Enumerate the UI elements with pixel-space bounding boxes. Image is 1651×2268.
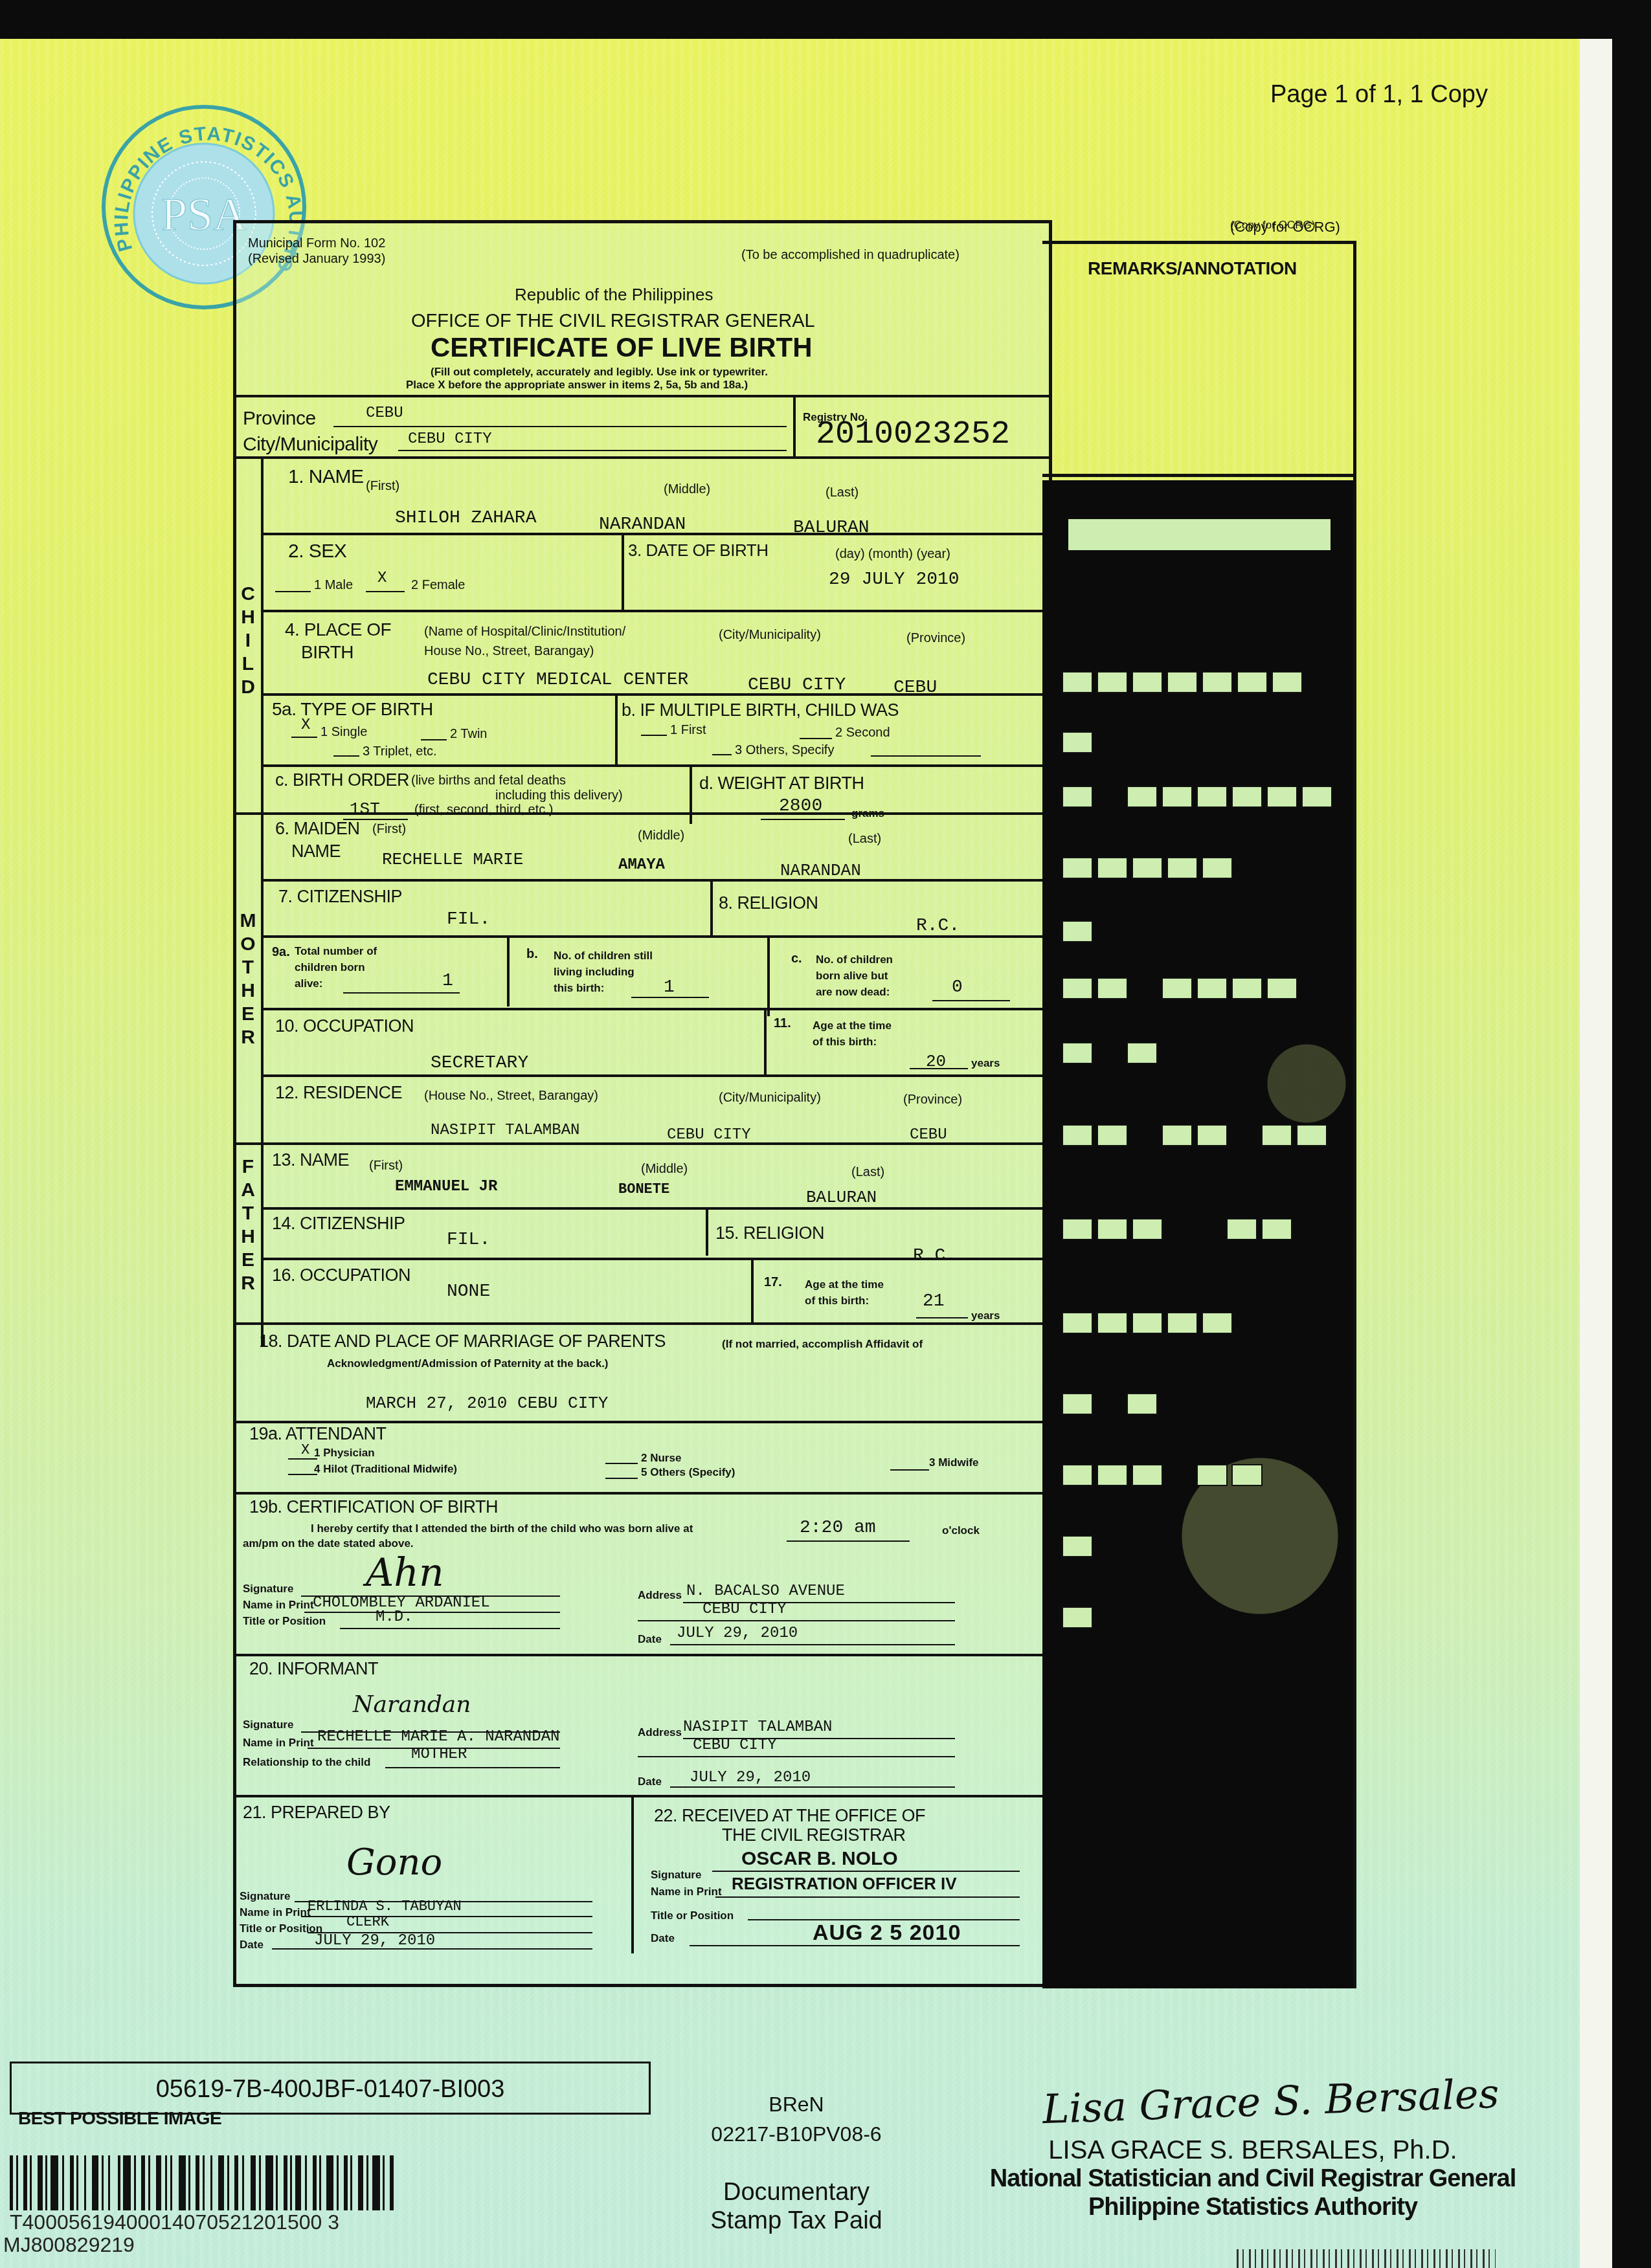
signature-label: Signature (243, 1583, 293, 1595)
mother-age-label-2: of this birth: (813, 1036, 877, 1049)
mother-age-unit: years (971, 1057, 1000, 1070)
father-age-label: Age at the time (805, 1278, 884, 1291)
prepared-by-label: 21. PREPARED BY (243, 1803, 390, 1823)
child-middle-name: NARANDAN (599, 515, 686, 535)
preparer-name-label: Name in Print (240, 1906, 311, 1919)
physician-address: N. BACALSO AVENUE (686, 1583, 845, 1600)
physician-signature: Ahn (366, 1550, 444, 1595)
mother-occupation-label: 10. OCCUPATION (275, 1016, 414, 1036)
attendant-option-nurse[interactable]: 2 Nurse (641, 1452, 681, 1465)
registrar-signature-stamp: OSCAR B. NOLO (741, 1848, 898, 1870)
father-middle-hint: (Middle) (641, 1162, 688, 1177)
certification-text-2: am/pm on the date stated above. (243, 1537, 414, 1550)
middle-hint: (Middle) (664, 482, 710, 497)
attendant-option-hilot[interactable]: 4 Hilot (Traditional Midwife) (314, 1463, 457, 1476)
mother-religion: R.C. (916, 916, 960, 936)
page-label: Page 1 of 1, 1 Copy (1270, 81, 1488, 109)
birth-order-hint: (live births and fetal deaths (411, 773, 566, 788)
q9a-text: Total number of (295, 945, 377, 958)
birth-order-hint-3: (first, second, third, etc.) (414, 803, 554, 817)
mother-section-label: MOTHER (236, 909, 260, 1049)
father-middle-name: BONETE (618, 1181, 669, 1197)
sex-label: 2. SEX (288, 540, 346, 562)
mother-last-hint: (Last) (848, 832, 881, 847)
pob-city: CEBU CITY (748, 675, 846, 695)
q9c-text-3: are now dead: (816, 986, 890, 999)
child-first-name: SHILOH ZAHARA (395, 508, 536, 528)
physician-address-2: CEBU CITY (702, 1601, 787, 1618)
sex-female-mark: X (377, 570, 387, 587)
form-number: Municipal Form No. 102 (248, 236, 385, 251)
father-religion: R.C. (913, 1246, 956, 1266)
attendant-label: 19a. ATTENDANT (249, 1424, 387, 1444)
preparer-signature: Gono (346, 1841, 442, 1884)
mother-middle-hint: (Middle) (638, 828, 684, 843)
birth-order-hint-2: including this delivery) (495, 788, 623, 803)
type-option-twin[interactable]: 2 Twin (450, 727, 487, 742)
father-section-label: FATHER (236, 1155, 260, 1295)
mother-religion-label: 8. RELIGION (719, 893, 818, 913)
instructions-line-1: (Fill out completely, accurately and leg… (431, 366, 768, 379)
form-revised: (Revised January 1993) (248, 252, 385, 267)
received-title-label: Title or Position (651, 1909, 734, 1922)
signatory-block: LISA GRACE S. BERSALES, Ph.D. National S… (984, 2136, 1522, 2221)
city-value: CEBU CITY (408, 430, 492, 448)
father-last-name: BALURAN (806, 1188, 877, 1207)
bren-block: BReN 02217-B10PV08-6 (647, 2089, 945, 2149)
instructions-line-2: Place X before the appropriate answer in… (406, 379, 748, 392)
q9a-text-3: alive: (295, 977, 322, 990)
multiple-option-first[interactable]: 1 First (670, 723, 706, 738)
received-name-label: Name in Print (651, 1885, 722, 1898)
residence-city-hint: (City/Municipality) (719, 1091, 821, 1106)
father-occupation: NONE (447, 1282, 490, 1302)
marriage-value: MARCH 27, 2010 CEBU CITY (366, 1394, 608, 1413)
stamp-line-2: Stamp Tax Paid (647, 2207, 945, 2235)
informant-signature-label: Signature (243, 1718, 293, 1731)
received-signature-label: Signature (651, 1869, 701, 1882)
type-option-single[interactable]: 1 Single (320, 725, 367, 740)
q9b-text-2: living including (554, 966, 635, 979)
sex-option-female[interactable]: 2 Female (411, 578, 465, 593)
province-value: CEBU (366, 405, 403, 422)
father-age-label-2: of this birth: (805, 1295, 869, 1307)
attendant-option-physician[interactable]: 1 Physician (314, 1447, 375, 1460)
mother-first-hint: (First) (372, 822, 406, 837)
mother-age-number: 11. (774, 1016, 791, 1031)
sex-option-male[interactable]: 1 Male (314, 578, 353, 593)
marriage-hint-2: Acknowledgment/Admission of Paternity at… (327, 1357, 609, 1370)
address-label: Address (638, 1589, 682, 1602)
barcode-number: T40005619400014070521201500 3 (10, 2210, 339, 2234)
registrar-name-stamp: REGISTRATION OFFICER IV (732, 1874, 957, 1894)
pob-prov-hint: (Province) (906, 631, 965, 646)
maiden-name-label: 6. MAIDEN (275, 819, 360, 839)
attendant-option-others[interactable]: 5 Others (Specify) (641, 1466, 736, 1479)
attendant-physician-mark: X (301, 1442, 309, 1458)
reference-number: 05619-7B-400JBF-01407-BI003 (10, 2062, 651, 2115)
mother-occupation: SECRETARY (431, 1053, 528, 1073)
maiden-name-label-2: NAME (291, 841, 341, 862)
father-religion-label: 15. RELIGION (715, 1223, 824, 1243)
type-option-triplet[interactable]: 3 Triplet, etc. (363, 744, 437, 759)
q9b-label: b. (526, 947, 538, 962)
preparer-title-label: Title or Position (240, 1922, 322, 1935)
received-label: 22. RECEIVED AT THE OFFICE OF (654, 1806, 925, 1826)
pob-hint-2: House No., Street, Barangay) (424, 644, 594, 659)
signatory-role: National Statistician and Civil Registra… (984, 2164, 1522, 2193)
father-citizenship: FIL. (447, 1230, 490, 1250)
father-age-unit: years (971, 1309, 1000, 1322)
pob-label-2: BIRTH (301, 642, 354, 663)
father-citizenship-label: 14. CITIZENSHIP (272, 1214, 405, 1234)
father-last-hint: (Last) (851, 1165, 884, 1180)
barcode (10, 2155, 602, 2210)
pob-hint: (Name of Hospital/Clinic/Institution/ (424, 625, 625, 639)
stamp-line-1: Documentary (647, 2178, 945, 2207)
office-label: OFFICE OF THE CIVIL REGISTRAR GENERAL (411, 311, 815, 332)
received-date: AUG 2 5 2010 (813, 1920, 961, 1946)
redacted-area (1042, 480, 1353, 1988)
q9b-text-3: this birth: (554, 982, 604, 995)
mini-barcode (1237, 2249, 1496, 2268)
pob-place: CEBU CITY MEDICAL CENTER (427, 670, 688, 690)
type-single-mark: X (301, 717, 310, 734)
q9c-value: 0 (952, 977, 963, 997)
informant-date: JULY 29, 2010 (690, 1769, 811, 1786)
paper-edge (1580, 39, 1612, 2268)
page-title: CERTIFICATE OF LIVE BIRTH (431, 332, 813, 363)
q9a-label: 9a. (272, 945, 290, 960)
father-name-label: 13. NAME (272, 1150, 349, 1170)
informant-name-label: Name in Print (243, 1737, 314, 1750)
birth-order-label: c. BIRTH ORDER (275, 770, 409, 790)
birth-certificate-form: Municipal Form No. 102 (Revised January … (233, 220, 1052, 1987)
pob-label: 4. PLACE OF (285, 619, 391, 640)
q9a-text-2: children born (295, 961, 365, 974)
physician-title: M.D. (376, 1608, 413, 1626)
preparer-signature-label: Signature (240, 1890, 290, 1903)
certification-text: I hereby certify that I attended the bir… (311, 1522, 693, 1535)
q9c-text-2: born alive but (816, 970, 888, 983)
residence-label: 12. RESIDENCE (275, 1083, 402, 1103)
informant-signature: Narandan (353, 1691, 471, 1718)
bren-label: BReN (647, 2089, 945, 2119)
informant-label: 20. INFORMANT (249, 1659, 378, 1679)
received-label-2: THE CIVIL REGISTRAR (722, 1825, 906, 1845)
residence-province: CEBU (910, 1126, 947, 1144)
multiple-option-others[interactable]: 3 Others, Specify (735, 743, 834, 758)
last-hint: (Last) (825, 485, 859, 500)
name-in-print-label: Name in Print (243, 1599, 314, 1612)
mother-age-label: Age at the time (813, 1019, 892, 1032)
marriage-hint: (If not married, accomplish Affidavit of (722, 1338, 923, 1351)
residence-city: CEBU CITY (667, 1126, 751, 1144)
mother-citizenship-label: 7. CITIZENSHIP (278, 887, 402, 907)
informant-relationship: MOTHER (411, 1746, 467, 1763)
informant-date-label: Date (638, 1775, 662, 1788)
physician-date: JULY 29, 2010 (677, 1625, 798, 1642)
control-number: MJ800829219 (3, 2233, 135, 2257)
received-date-label: Date (651, 1932, 675, 1945)
father-first-name: EMMANUEL JR (395, 1178, 497, 1195)
pob-city-hint: (City/Municipality) (719, 628, 821, 643)
multiple-option-second[interactable]: 2 Second (835, 726, 890, 740)
birth-time: 2:20 am (800, 1518, 876, 1538)
birth-order-value: 1ST (350, 799, 380, 819)
q9a-value: 1 (442, 971, 453, 991)
certification-label: 19b. CERTIFICATION OF BIRTH (249, 1497, 498, 1517)
documentary-stamp-note: Documentary Stamp Tax Paid (647, 2178, 945, 2235)
informant-address-2: CEBU CITY (693, 1737, 777, 1754)
city-label: City/Municipality (243, 434, 377, 456)
preparer-date: JULY 29, 2010 (314, 1932, 435, 1950)
father-occupation-label: 16. OCCUPATION (272, 1265, 410, 1285)
republic-label: Republic of the Philippines (515, 285, 713, 305)
preparer-name: ERLINDA S. TABUYAN (308, 1898, 462, 1915)
relationship-label: Relationship to the child (243, 1756, 370, 1769)
mother-last-name: NARANDAN (780, 861, 861, 880)
child-section-label: CHILD (236, 583, 260, 699)
remarks-title: REMARKS/ANNOTATION (1088, 258, 1297, 279)
registry-number: 2010023252 (816, 416, 1010, 453)
first-hint: (First) (366, 479, 399, 494)
residence-street: NASIPIT TALAMBAN (431, 1122, 579, 1139)
preparer-title: CLERK (346, 1914, 389, 1930)
mother-middle-name: AMAYA (618, 856, 665, 874)
type-of-birth-label: 5a. TYPE OF BIRTH (272, 699, 433, 720)
father-age: 21 (923, 1291, 945, 1311)
redacted-field (1068, 519, 1331, 550)
best-possible-image-label: BEST POSSIBLE IMAGE (18, 2108, 221, 2129)
residence-hint: (House No., Street, Barangay) (424, 1089, 598, 1104)
bren-value: 02217-B10PV08-6 (647, 2119, 945, 2149)
q9c-text: No. of children (816, 953, 893, 966)
child-name-label: 1. NAME (288, 466, 364, 488)
dob-hints: (day) (month) (year) (835, 547, 950, 562)
title-label: Title or Position (243, 1615, 326, 1628)
mother-citizenship: FIL. (447, 909, 490, 929)
oclock-label: o'clock (942, 1524, 980, 1537)
informant-address: NASIPIT TALAMBAN (683, 1718, 832, 1736)
date-label: Date (638, 1633, 662, 1646)
informant-name: RECHELLE MARIE A. NARANDAN (317, 1728, 559, 1746)
signatory-name: LISA GRACE S. BERSALES, Ph.D. (984, 2136, 1522, 2164)
preparer-date-label: Date (240, 1939, 264, 1951)
multiple-birth-label: b. IF MULTIPLE BIRTH, CHILD WAS (622, 700, 899, 720)
mother-first-name: RECHELLE MARIE (382, 850, 523, 869)
residence-prov-hint: (Province) (903, 1093, 962, 1107)
marriage-label: 18. DATE AND PLACE OF MARRIAGE OF PARENT… (259, 1331, 666, 1351)
dob-value: 29 JULY 2010 (829, 570, 960, 590)
accomplish-note: (To be accomplished in quadruplicate) (741, 248, 960, 263)
remarks-annotation-panel: REMARKS/ANNOTATION (1042, 241, 1356, 1988)
q9b-value: 1 (664, 977, 675, 997)
q9c-label: c. (791, 951, 802, 966)
dob-label: 3. DATE OF BIRTH (628, 540, 768, 561)
informant-address-label: Address (638, 1726, 682, 1739)
father-age-number: 17. (764, 1275, 782, 1290)
signatory-org: Philippine Statistics Authority (984, 2193, 1522, 2221)
weight-label: d. WEIGHT AT BIRTH (699, 773, 864, 794)
father-first-hint: (First) (369, 1159, 403, 1173)
province-label: Province (243, 408, 316, 430)
copy-for-ocrg: (Copy for OCRG) (1230, 219, 1340, 236)
q9b-text: No. of children still (554, 950, 653, 962)
attendant-option-midwife[interactable]: 3 Midwife (929, 1456, 979, 1469)
